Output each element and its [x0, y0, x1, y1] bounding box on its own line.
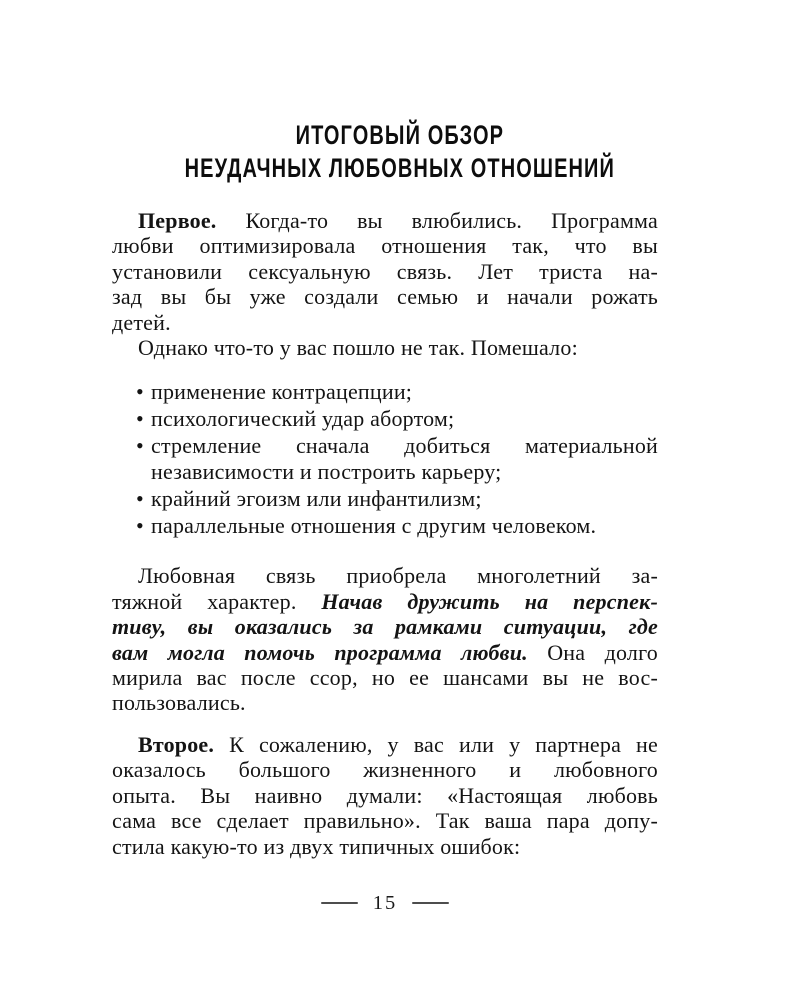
bullet-icon: •: [136, 406, 144, 432]
bullet-icon: •: [136, 433, 144, 459]
chapter-title-text-2: НЕУДАЧНЫХ ЛЮБОВНЫХ ОТНОШЕНИЙ: [185, 154, 615, 182]
book-page: ИТОГОВЫЙ ОБЗОР НЕУДАЧНЫХ ЛЮБОВНЫХ ОТНОШЕ…: [0, 0, 800, 1000]
bullet-item: •стремление сначала добиться материально…: [112, 433, 658, 485]
text-line: Любовная связь приобрела многолетний за-: [112, 563, 658, 588]
text-line: применение контрацепции;: [151, 379, 658, 405]
text-segment: Начав дружить на перспек-: [321, 589, 658, 614]
text-line: пользовались.: [112, 690, 658, 715]
text-line: стремление сначала добиться материальной: [151, 433, 658, 459]
text-line: оказалось большого жизненного и любовног…: [112, 757, 658, 782]
text-segment: крайний эгоизм или инфантилизм;: [151, 486, 482, 511]
text-segment: стремление сначала добиться материальной: [151, 433, 658, 458]
text-segment: установили сексуальную связь. Лет триста…: [112, 259, 658, 284]
bullet-icon: •: [136, 486, 144, 512]
paragraph: Первое. Когда-то вы влюбились. Программа…: [112, 208, 658, 335]
footer-rule-right: [412, 902, 449, 904]
text-segment: любви оптимизировала отношения так, что …: [112, 233, 658, 258]
text-segment: Когда-то вы влюбились. Программа: [217, 208, 658, 233]
text-line: Первое. Когда-то вы влюбились. Программа: [112, 208, 658, 233]
text-segment: Однако что-то у вас пошло не так. Помеша…: [138, 335, 578, 360]
chapter-title-line-1: ИТОГОВЫЙ ОБЗОР: [0, 121, 800, 154]
text-segment: мирила вас после ссор, но ее шансами вы …: [112, 665, 658, 690]
text-line: любви оптимизировала отношения так, что …: [112, 233, 658, 258]
text-line: независимости и построить карьеру;: [151, 459, 658, 485]
bullet-icon: •: [136, 379, 144, 405]
text-line: крайний эгоизм или инфантилизм;: [151, 486, 658, 512]
text-segment: детей.: [112, 310, 171, 335]
text-segment: оказалось большого жизненного и любовног…: [112, 757, 658, 782]
text-line: параллельные отношения с другим человеко…: [151, 513, 658, 539]
text-segment: параллельные отношения с другим человеко…: [151, 513, 596, 538]
text-segment: опыта. Вы наивно думали: «Настоящая любо…: [112, 783, 658, 808]
text-line: установили сексуальную связь. Лет триста…: [112, 259, 658, 284]
text-segment: Первое.: [138, 208, 217, 233]
text-segment: стила какую-то из двух типичных ошибок:: [112, 834, 520, 859]
paragraph: Второе. К сожалению, у вас или у партнер…: [112, 732, 658, 859]
text-segment: пользовались.: [112, 690, 246, 715]
text-segment: тяжной характер.: [112, 589, 321, 614]
page-number: 15: [373, 891, 398, 915]
text-segment: Второе.: [138, 732, 214, 757]
bullet-item: •параллельные отношения с другим человек…: [112, 513, 658, 539]
text-line: тяжной характер. Начав дружить на перспе…: [112, 589, 658, 614]
text-segment: сама все сделает правильно». Так ваша па…: [112, 808, 658, 833]
text-segment: Любовная связь приобрела многолетний за-: [138, 563, 658, 588]
text-line: зад вы бы уже создали семью и начали рож…: [112, 284, 658, 309]
footer-rule-left: [321, 902, 358, 904]
bullet-icon: •: [136, 513, 144, 539]
bullet-item: •психологический удар абортом;: [112, 406, 658, 432]
bullet-list: •применение контрацепции;•психологически…: [112, 379, 658, 539]
text-line: сама все сделает правильно». Так ваша па…: [112, 808, 658, 833]
bullet-item: •крайний эгоизм или инфантилизм;: [112, 486, 658, 512]
text-segment: психологический удар абортом;: [151, 406, 454, 431]
text-segment: вам могла помочь программа любви.: [112, 640, 528, 665]
text-line: тиву, вы оказались за рамками ситуации, …: [112, 614, 658, 639]
text-segment: независимости и построить карьеру;: [151, 459, 502, 484]
text-content: Первое. Когда-то вы влюбились. Программа…: [112, 208, 658, 859]
page-footer: 15: [112, 891, 658, 915]
text-segment: тиву, вы оказались за рамками ситуации, …: [112, 614, 658, 639]
text-line: Однако что-то у вас пошло не так. Помеша…: [112, 335, 658, 360]
text-line: Второе. К сожалению, у вас или у партнер…: [112, 732, 658, 757]
text-segment: Она долго: [528, 640, 658, 665]
text-line: детей.: [112, 310, 658, 335]
text-segment: применение контрацепции;: [151, 379, 412, 404]
paragraph: Любовная связь приобрела многолетний за-…: [112, 563, 658, 715]
text-line: психологический удар абортом;: [151, 406, 658, 432]
text-segment: К сожалению, у вас или у партнера не: [214, 732, 658, 757]
text-line: опыта. Вы наивно думали: «Настоящая любо…: [112, 783, 658, 808]
chapter-title-text-1: ИТОГОВЫЙ ОБЗОР: [296, 121, 504, 149]
text-line: мирила вас после ссор, но ее шансами вы …: [112, 665, 658, 690]
text-segment: зад вы бы уже создали семью и начали рож…: [112, 284, 658, 309]
chapter-title: ИТОГОВЫЙ ОБЗОР НЕУДАЧНЫХ ЛЮБОВНЫХ ОТНОШЕ…: [0, 121, 800, 187]
bullet-item: •применение контрацепции;: [112, 379, 658, 405]
text-line: стила какую-то из двух типичных ошибок:: [112, 834, 658, 859]
text-line: вам могла помочь программа любви. Она до…: [112, 640, 658, 665]
paragraph: Однако что-то у вас пошло не так. Помеша…: [112, 335, 658, 360]
chapter-title-line-2: НЕУДАЧНЫХ ЛЮБОВНЫХ ОТНОШЕНИЙ: [0, 154, 800, 187]
